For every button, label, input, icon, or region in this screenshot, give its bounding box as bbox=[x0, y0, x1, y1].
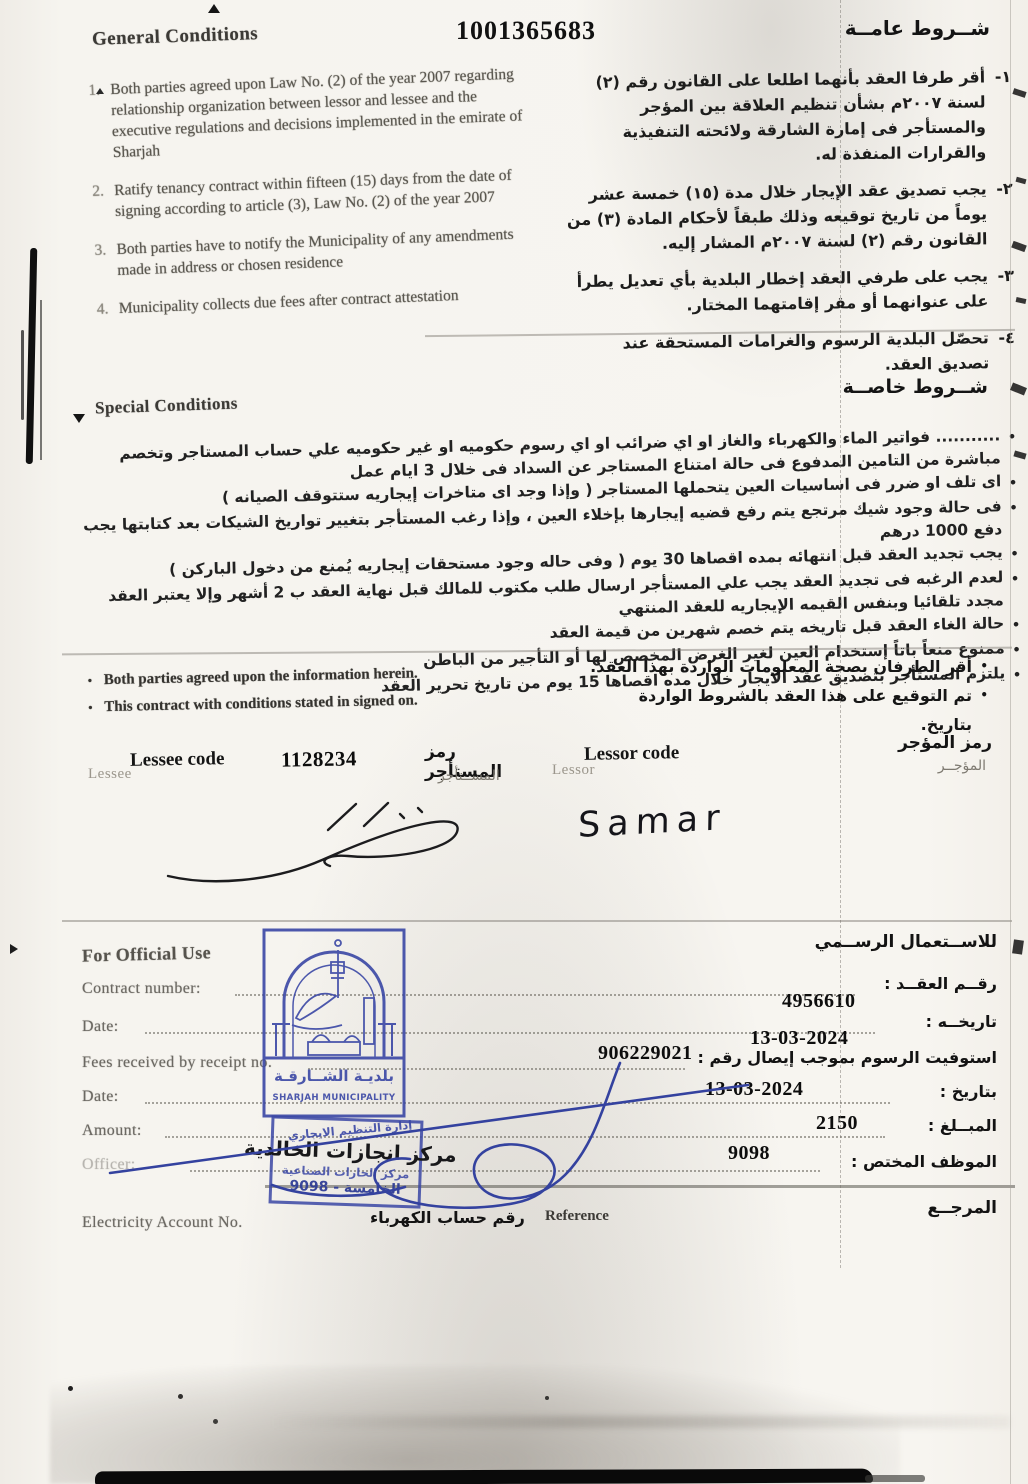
general-conditions-list-en: 1. Both parties agreed upon Law No. (2) … bbox=[88, 63, 546, 337]
contract-number-value: 4956610 bbox=[782, 990, 856, 1013]
bullet-icon: • bbox=[1003, 566, 1020, 612]
scan-artifact-mark bbox=[1012, 939, 1024, 954]
lessor-label-ghost: Lessor bbox=[552, 762, 595, 779]
lessee-code-value: 1128234 bbox=[281, 746, 357, 772]
general-conditions-list-ar: ١- أقر طرفا العقد بأنهما اطلعا على القان… bbox=[563, 64, 1015, 393]
item-text: This contract with conditions stated in … bbox=[104, 688, 418, 722]
contract-number-label-ar: رقــم العقــد : bbox=[884, 974, 997, 993]
date-label-ar: تاريخــه : bbox=[926, 1012, 997, 1031]
list-item: • تم التوقيع على هذا العقد بالشروط الوار… bbox=[588, 681, 988, 739]
special-conditions-title-en: Special Conditions bbox=[95, 394, 238, 419]
scan-artifact-mark bbox=[1016, 297, 1027, 304]
item-number: ١- bbox=[985, 64, 1012, 164]
list-item: ٢- يجب تصديق عقد الإيجار خلال مدة (١٥) خ… bbox=[565, 176, 1014, 257]
scan-artifact-streak bbox=[21, 330, 24, 420]
document-number: 1001365683 bbox=[456, 16, 596, 46]
bullet-icon: • bbox=[1005, 662, 1022, 687]
item-text: تم التوقيع على هذا العقد بالشروط الواردة… bbox=[588, 681, 972, 739]
amount-label-ar: المبــلغ : bbox=[928, 1116, 997, 1135]
scanner-shadow-streak bbox=[270, 1416, 1010, 1428]
item-text: Both parties agreed upon Law No. (2) of … bbox=[110, 63, 539, 163]
section-divider bbox=[62, 920, 1012, 922]
general-conditions-title-ar: شــروط عامــة bbox=[845, 16, 990, 40]
item-text: أقر الطرفان بصحة المعلومات الواردة بهذا … bbox=[590, 652, 972, 681]
list-item: • أقر الطرفان بصحة المعلومات الواردة بهذ… bbox=[588, 652, 988, 681]
official-use-title-ar: للاســتعمال الرســمي bbox=[815, 932, 997, 952]
official-use-title-en: For Official Use bbox=[82, 942, 212, 966]
lessee-label-ar-ghost: المســتأجر bbox=[438, 768, 500, 784]
bullet-icon: • bbox=[88, 694, 105, 721]
item-text: Municipality collects due fees after con… bbox=[118, 285, 459, 319]
scan-artifact-streak bbox=[26, 248, 38, 464]
scan-artifact-mark bbox=[1016, 177, 1027, 184]
scan-artifact-triangle bbox=[10, 944, 18, 954]
lessor-signature: Samar bbox=[578, 798, 727, 846]
item-text: أقر طرفا العقد بأنهما اطلعا على القانون … bbox=[563, 64, 986, 170]
date-label-en: Date: bbox=[82, 1018, 119, 1036]
scan-artifact-mark bbox=[1010, 382, 1027, 395]
item-text: Ratify tenancy contract within fifteen (… bbox=[114, 164, 541, 222]
reference-label-ar: المرجــع bbox=[927, 1198, 997, 1218]
list-item: 3. Both parties have to notify the Munic… bbox=[94, 223, 543, 282]
lessee-label-ghost: Lessee bbox=[88, 766, 132, 783]
item-text: Both parties have to notify the Municipa… bbox=[116, 223, 543, 281]
agreement-statements-ar: • أقر الطرفان بصحة المعلومات الواردة بهذ… bbox=[588, 652, 988, 739]
dhow-sail-drawing bbox=[296, 994, 336, 1020]
scan-artifact-triangle bbox=[96, 88, 104, 94]
list-item: • This contract with conditions stated i… bbox=[88, 688, 419, 722]
item-number: 4. bbox=[96, 298, 119, 320]
contract-number-label-en: Contract number: bbox=[82, 980, 201, 998]
scan-artifact-mark bbox=[1012, 88, 1026, 98]
list-item: 1. Both parties agreed upon Law No. (2) … bbox=[88, 63, 539, 164]
list-item: ١- أقر طرفا العقد بأنهما اطلعا على القان… bbox=[563, 64, 1012, 170]
list-item: 4. Municipality collects due fees after … bbox=[96, 282, 544, 320]
amount-value: 2150 bbox=[816, 1112, 858, 1135]
page-edge-line bbox=[1010, 0, 1011, 1484]
item-number: ٤- bbox=[989, 325, 1016, 375]
bullet-icon: • bbox=[972, 681, 988, 739]
item-text: يجب تصديق عقد الإيجار خلال مدة (١٥) خمسة… bbox=[565, 176, 988, 257]
fold-crease bbox=[840, 0, 841, 1268]
item-number: 3. bbox=[94, 239, 118, 282]
list-item: ٣- يجب على طرفي العقد إخطار البلدية بأي … bbox=[566, 263, 1015, 319]
list-item: 2. Ratify tenancy contract within fiftee… bbox=[92, 164, 541, 223]
bullet-icon: • bbox=[1004, 612, 1021, 637]
scan-artifact-triangle bbox=[73, 414, 85, 423]
scan-artifact-streak bbox=[40, 300, 42, 460]
bullet-icon: • bbox=[1000, 424, 1017, 470]
lessee-code-label: Lessee code bbox=[130, 748, 225, 772]
special-conditions-title-ar: شــروط خاصــة bbox=[843, 376, 988, 398]
page-bottom-edge bbox=[95, 1469, 873, 1484]
bullet-icon: • bbox=[1004, 637, 1021, 662]
bullet-icon: • bbox=[972, 652, 988, 681]
scan-artifact-triangle bbox=[208, 4, 220, 13]
scanned-contract-page: General Conditions 1001365683 شــروط عام… bbox=[0, 0, 1028, 1484]
item-number: 2. bbox=[92, 180, 116, 223]
general-conditions-title-en: General Conditions bbox=[92, 23, 259, 51]
page-bottom-edge-fade bbox=[865, 1475, 925, 1482]
lessor-label-ar-ghost: المؤجــر bbox=[938, 758, 986, 774]
officer-label-ar: الموظف المختص : bbox=[851, 1152, 997, 1171]
officer-signature bbox=[100, 1055, 770, 1225]
mosque-minaret-drawing bbox=[292, 940, 374, 1055]
date2-label-ar: بتاريخ : bbox=[940, 1082, 997, 1101]
date-value: 13-03-2024 bbox=[750, 1027, 848, 1050]
bullet-icon: • bbox=[87, 667, 104, 694]
agreement-statements-en: • Both parties agreed upon the informati… bbox=[87, 661, 418, 722]
lessor-label-ar: رمز المؤجر bbox=[898, 733, 992, 753]
lessor-code-label: Lessor code bbox=[584, 742, 680, 766]
lessee-signature bbox=[150, 788, 480, 903]
item-text: يجب على طرفي العقد إخطار البلدية بأي تعد… bbox=[566, 263, 989, 319]
